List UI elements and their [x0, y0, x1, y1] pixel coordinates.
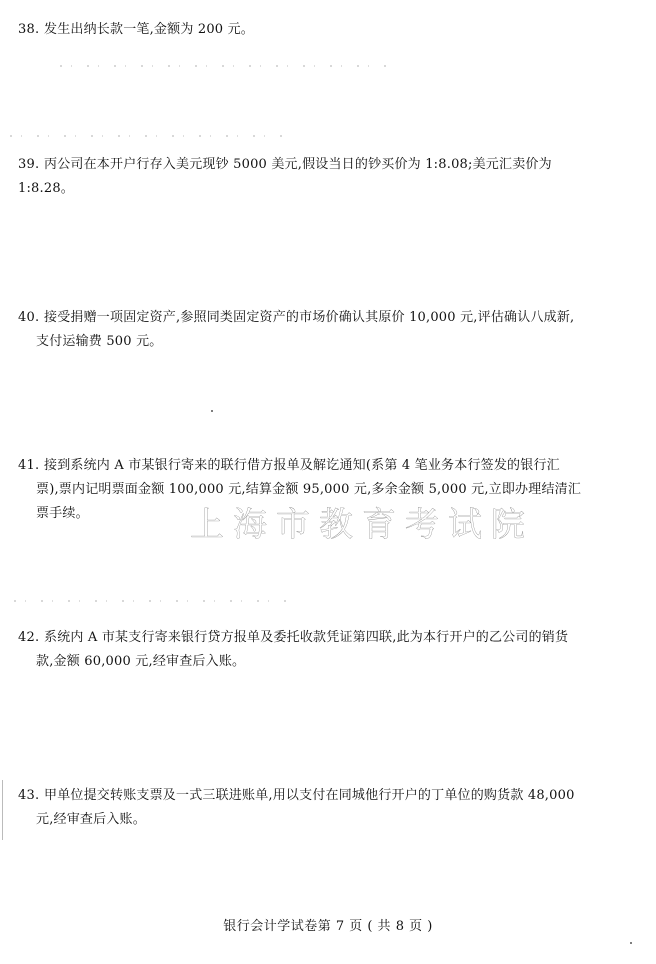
question-line: 1:8.28。 — [18, 177, 638, 201]
question-line: 42.系统内 A 市某支行寄来银行贷方报单及委托收款凭证第四联,此为本行开户的乙… — [18, 626, 638, 650]
question-line: 43.甲单位提交转账支票及一式三联进账单,用以支付在同城他行开户的丁单位的购货款… — [18, 784, 638, 808]
question-40: 40.接受捐赠一项固定资产,参照同类固定资产的市场价确认其原价 10,000 元… — [18, 306, 638, 354]
scan-noise — [10, 135, 290, 137]
question-38: 38.发生出纳长款一笔,金额为 200 元。 — [18, 18, 638, 42]
question-line: 41.接到系统内 A 市某银行寄来的联行借方报单及解讫通知(系第 4 笔业务本行… — [18, 454, 638, 478]
question-number: 42. — [18, 626, 44, 650]
question-number: 38. — [18, 18, 44, 42]
question-line: 支付运输费 500 元。 — [18, 330, 638, 354]
question-number: 39. — [18, 153, 44, 177]
question-text: 甲单位提交转账支票及一式三联进账单,用以支付在同城他行开户的丁单位的购货款 48… — [44, 788, 575, 803]
question-line: 款,金额 60,000 元,经审查后入账。 — [18, 650, 638, 674]
page-footer: 银行会计学试卷第 7 页 ( 共 8 页 ) — [0, 915, 656, 934]
scan-speck — [211, 410, 213, 412]
question-text: 接受捐赠一项固定资产,参照同类固定资产的市场价确认其原价 10,000 元,评估… — [44, 310, 574, 325]
question-number: 40. — [18, 306, 44, 330]
question-number: 43. — [18, 784, 44, 808]
question-line: 39.丙公司在本开户行存入美元现钞 5000 美元,假设当日的钞买价为 1:8.… — [18, 153, 638, 177]
question-line: 38.发生出纳长款一笔,金额为 200 元。 — [18, 18, 638, 42]
scan-edge — [2, 780, 3, 840]
scan-noise — [14, 600, 294, 602]
question-text: 接到系统内 A 市某银行寄来的联行借方报单及解讫通知(系第 4 笔业务本行签发的… — [44, 458, 560, 473]
question-text: 发生出纳长款一笔,金额为 200 元。 — [44, 22, 254, 37]
question-43: 43.甲单位提交转账支票及一式三联进账单,用以支付在同城他行开户的丁单位的购货款… — [18, 784, 638, 832]
exam-page: 38.发生出纳长款一笔,金额为 200 元。 39.丙公司在本开户行存入美元现钞… — [0, 0, 656, 964]
question-text: 丙公司在本开户行存入美元现钞 5000 美元,假设当日的钞买价为 1:8.08;… — [44, 157, 552, 172]
scan-noise — [60, 65, 390, 67]
watermark: 上海市教育考试院 — [190, 497, 534, 546]
question-number: 41. — [18, 454, 44, 478]
question-39: 39.丙公司在本开户行存入美元现钞 5000 美元,假设当日的钞买价为 1:8.… — [18, 153, 638, 201]
question-text: 系统内 A 市某支行寄来银行贷方报单及委托收款凭证第四联,此为本行开户的乙公司的… — [44, 630, 568, 645]
question-42: 42.系统内 A 市某支行寄来银行贷方报单及委托收款凭证第四联,此为本行开户的乙… — [18, 626, 638, 674]
question-line: 40.接受捐赠一项固定资产,参照同类固定资产的市场价确认其原价 10,000 元… — [18, 306, 638, 330]
scan-speck — [630, 942, 632, 944]
question-line: 元,经审查后入账。 — [18, 808, 638, 832]
